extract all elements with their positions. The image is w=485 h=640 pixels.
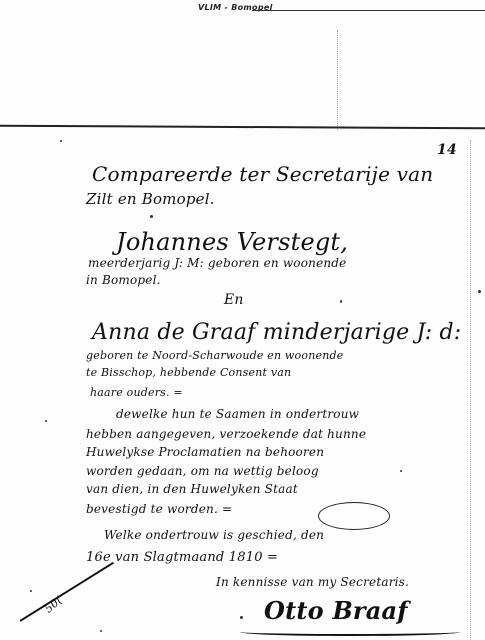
text-line-2: Zilt en Bomopel. [86,190,215,208]
text-line-11: dewelke hun te Saamen in ondertrouw [116,407,359,421]
text-line-4: meerderjarig J: M: geboren en woonende [88,256,347,270]
text-line-8: geboren te Noord-Scharwoude en woonende [86,349,343,362]
page-top-rule [0,125,485,130]
text-line-15: van dien, in den Huwelyken Staat [86,482,298,496]
scan-speck [478,290,481,293]
scan-speck [150,215,153,218]
text-line-9: te Bisschop, hebbende Consent van [86,366,291,379]
scan-speck [400,470,402,472]
margin-dots [337,30,339,130]
margin-stroke [20,562,114,622]
text-line-14: worden gedaan, om na wettig beloog [86,464,319,478]
scan-speck [240,616,243,619]
conjunction-en: En [224,292,244,308]
scan-speck [30,590,32,592]
text-line-13: Huwelykse Proclamatien na behooren [86,445,324,459]
text-line-12: hebben aangegeven, verzoekende dat hunne [86,427,366,441]
scan-speck [45,420,47,422]
groom-name: Johannes Verstegt, [116,228,348,256]
secretary-signature: Otto Braaf [264,596,408,625]
signature-flourish [240,628,460,636]
seal-flourish [318,502,390,530]
attestation-line: In kennisse van my Secretaris. [216,575,409,589]
text-line-10: haare ouders. = [90,386,183,399]
scan-speck [60,140,62,142]
bride-name: Anna de Graaf minderjarige J: d: [92,320,461,345]
page-right-edge [470,140,472,640]
scan-speck [340,300,342,303]
text-line-1: Compareerde ter Secretarije van [92,162,433,186]
text-line-5: in Bomopel. [86,273,161,287]
text-line-16: bevestigd te worden. = [86,502,232,516]
page-number: 14 [437,142,457,158]
date-line: 16e van Slagtmaand 1810 = [86,550,278,565]
scan-speck [100,630,102,632]
header-rule [252,10,485,11]
text-line-17: Welke ondertrouw is geschied, den [104,528,324,542]
